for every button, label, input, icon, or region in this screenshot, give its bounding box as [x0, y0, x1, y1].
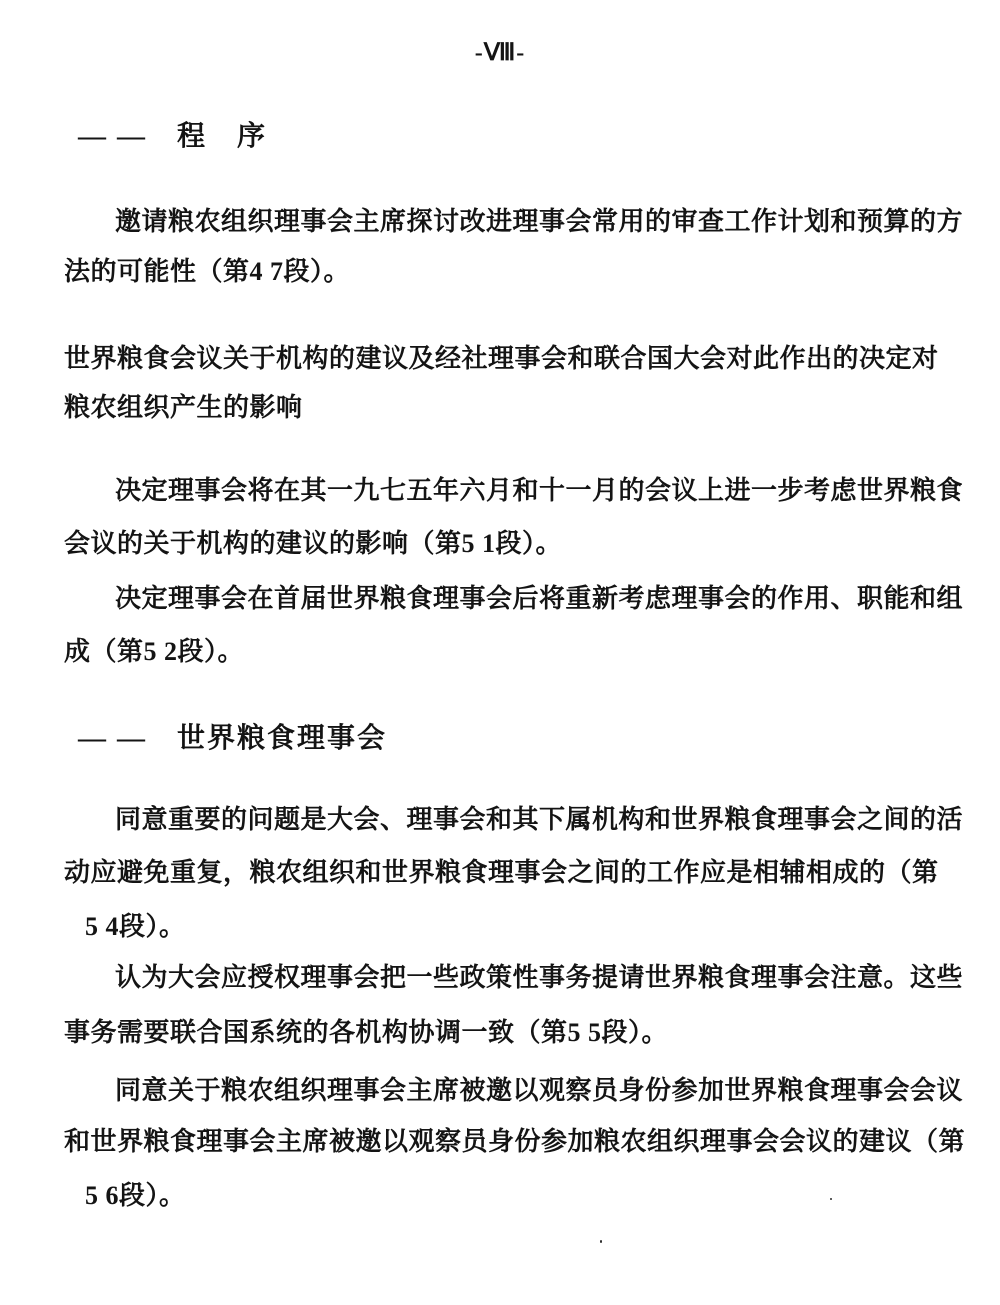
section-heading-procedure: — — 程 序: [78, 114, 267, 154]
paragraph-54-line-1: 同意重要的问题是大会、理事会和其下属机构和世界粮食理事会之间的活: [115, 799, 963, 836]
paragraph-54-line-3: 5 4段）。: [85, 906, 186, 943]
paragraph-52-line-1: 决定理事会在首届世界粮食理事会后将重新考虑理事会的作用、职能和组: [115, 578, 963, 615]
paragraph-52-line-2: 成（第5 2段）。: [64, 631, 244, 668]
paragraph-47-line-1: 邀请粮农组织理事会主席探讨改进理事会常用的审查工作计划和预算的方: [115, 201, 963, 238]
scan-speck: [600, 1240, 602, 1243]
paragraph-47-line-2: 法的可能性（第4 7段）。: [64, 251, 350, 288]
paragraph-54-line-2: 动应避免重复，粮农组织和世界粮食理事会之间的工作应是相辅相成的（第: [64, 852, 939, 889]
paragraph-55-line-2: 事务需要联合国系统的各机构协调一致（第5 5段）。: [64, 1012, 668, 1049]
impact-title-line-2: 粮农组织产生的影响: [64, 387, 303, 424]
document-page: -Ⅷ- — — 程 序 邀请粮农组织理事会主席探讨改进理事会常用的审查工作计划和…: [0, 0, 1000, 1305]
page-number: -Ⅷ-: [0, 38, 1000, 67]
paragraph-56-line-2: 和世界粮食理事会主席被邀以观察员身份参加粮农组织理事会会议的建议（第: [64, 1121, 965, 1158]
scan-speck: [830, 1198, 832, 1200]
paragraph-51-line-1: 决定理事会将在其一九七五年六月和十一月的会议上进一步考虑世界粮食: [115, 470, 963, 507]
paragraph-51-line-2: 会议的关于机构的建议的影响（第5 1段）。: [64, 523, 562, 560]
impact-title-line-1: 世界粮食会议关于机构的建议及经社理事会和联合国大会对此作出的决定对: [64, 338, 939, 375]
paragraph-55-line-1: 认为大会应授权理事会把一些政策性事务提请世界粮食理事会注意。这些: [115, 957, 963, 994]
section-heading-world-food-council: — — 世界粮食理事会: [78, 716, 387, 756]
paragraph-56-line-3: 5 6段）。: [85, 1175, 186, 1212]
paragraph-56-line-1: 同意关于粮农组织理事会主席被邀以观察员身份参加世界粮食理事会会议: [115, 1070, 963, 1107]
